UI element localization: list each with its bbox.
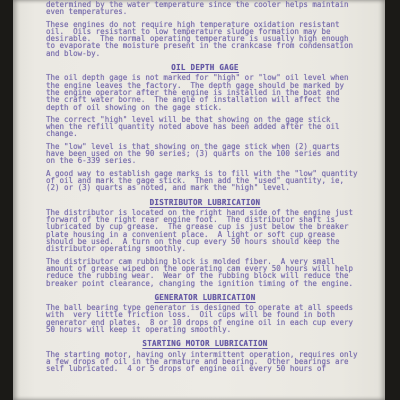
paragraph: These engines do not require high temper… [46,21,364,57]
section-heading: STARTING MOTOR LUBRICATION [46,340,364,347]
paragraph: A good way to establish gage marks is to… [46,170,364,192]
paragraph: The correct "high" level will be that sh… [46,116,364,138]
paragraph: The starting motor, having only intermit… [46,351,364,373]
paragraph: The distributor cam rubbing block is mol… [46,258,364,287]
paragraph: The oil depth gage is not marked for "hi… [46,74,364,110]
scan-background: determined by the water temperature sinc… [0,0,400,400]
document-content: determined by the water temperature sinc… [46,1,364,372]
section-heading: OIL DEPTH GAGE [46,64,364,71]
section-heading: DISTRIBUTOR LUBRICATION [46,199,364,206]
paragraph: The "low" level is that showing on the g… [46,143,364,165]
section-heading: GENERATOR LUBRICATION [46,294,364,301]
paragraph: determined by the water temperature sinc… [46,1,364,16]
document-page: determined by the water temperature sinc… [13,0,385,400]
paragraph: The ball bearing type generator is desig… [46,304,364,333]
paragraph: The distributor is located on the right … [46,209,364,253]
